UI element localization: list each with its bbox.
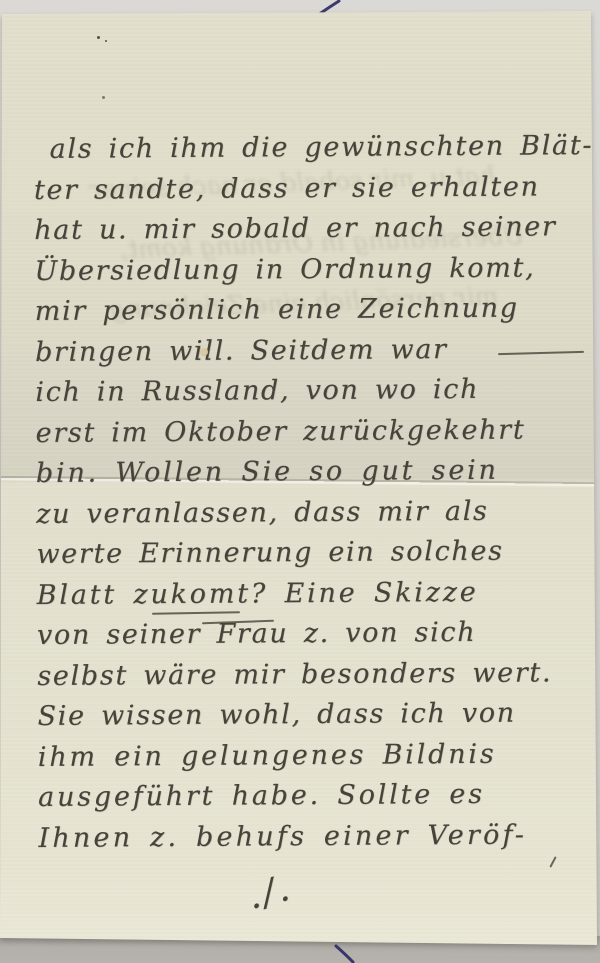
- ink-speck: [97, 36, 100, 39]
- ink-speck: [105, 40, 107, 42]
- handwriting-line: erst im Oktober zurückgekehrt: [35, 410, 595, 454]
- ink-speck: [102, 96, 105, 99]
- handwriting-line: werte Erinnerung ein solches: [36, 531, 596, 575]
- hyphen-flourish: [549, 856, 556, 868]
- handwriting-line: bin. Wollen Sie so gut sein: [36, 450, 596, 494]
- handwriting-line: Blatt zukomt? Eine Skizze: [37, 572, 597, 616]
- handwriting-line: von seiner Frau z. von sich: [37, 612, 597, 656]
- letter-paper-wrap: hat u. mir sobald er nach seiner Übersie…: [0, 0, 600, 963]
- handwriting-line: hat u. mir sobald er nach seiner: [34, 207, 594, 251]
- letter-paper: hat u. mir sobald er nach seiner Übersie…: [0, 0, 600, 963]
- handwriting-line: Ihnen z. behufs einer Veröf-: [38, 815, 598, 859]
- page-continuation-mark: ./.: [244, 867, 297, 917]
- handwriting-line: ter sandte, dass er sie erhalten: [34, 167, 594, 211]
- handwriting-line: ich in Russland, von wo ich: [35, 369, 595, 413]
- paper-blemish: [200, 348, 208, 356]
- handwriting-line: bringen will. Seitdem war: [35, 329, 595, 373]
- handwriting-line: selbst wäre mir besonders wert.: [37, 653, 597, 697]
- handwriting-line: mir persönlich eine Zeichnung: [35, 288, 595, 332]
- handwriting-line: als ich ihm die gewünschten Blät-: [33, 126, 593, 170]
- handwriting-line: ausgeführt habe. Sollte es: [38, 774, 598, 818]
- handwriting-line: zu veranlassen, dass mir als: [36, 491, 596, 535]
- handwriting-line: ihm ein gelungenes Bildnis: [38, 734, 598, 778]
- handwriting-block: als ich ihm die gewünschten Blät- ter sa…: [33, 126, 598, 859]
- handwriting-line: Sie wissen wohl, dass ich von: [37, 693, 597, 737]
- handwriting-line: Übersiedlung in Ordnung komt,: [34, 248, 594, 292]
